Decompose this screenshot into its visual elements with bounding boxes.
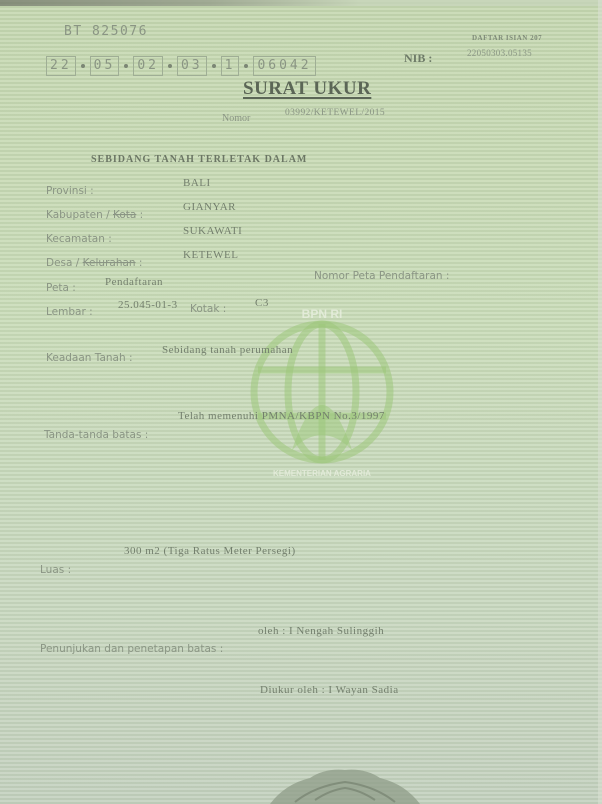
- code-segment: 22: [46, 56, 76, 76]
- luas-value: 300 m2 (Tiga Ratus Meter Persegi): [124, 545, 296, 557]
- code-segment: 03: [177, 56, 207, 76]
- nib-label: NIB :: [404, 51, 432, 66]
- penunjukan-value: oleh : I Nengah Sulinggih: [258, 625, 384, 637]
- nomor-label: Nomor: [222, 113, 250, 124]
- kotak-value: C3: [255, 297, 269, 309]
- separator-dot: [81, 64, 85, 68]
- provinsi-label: Provinsi :: [46, 185, 94, 197]
- kabupaten-label: Kabupaten / Kota :: [46, 209, 143, 221]
- paper-top-edge: [0, 0, 602, 6]
- document-title: SURAT UKUR: [243, 78, 371, 100]
- provinsi-value: BALI: [183, 177, 211, 189]
- nomor-peta-label: Nomor Peta Pendaftaran :: [314, 270, 449, 282]
- paper-right-edge: [598, 0, 602, 804]
- lembar-value: 25.045-01-3: [118, 299, 178, 311]
- separator-dot: [168, 64, 172, 68]
- keadaan-tanah-label: Keadaan Tanah :: [46, 352, 133, 364]
- serial-number: BT 825076: [64, 24, 148, 39]
- nomor-value: 03992/KETEWEL/2015: [285, 108, 385, 118]
- code-segment: 06042: [253, 56, 315, 76]
- peta-label: Peta :: [46, 282, 76, 294]
- kabupaten-value: GIANYAR: [183, 201, 236, 213]
- nib-value: 22050303.05135: [467, 48, 532, 58]
- tanda-batas-value: Telah memenuhi PMNA/KBPN No.3/1997: [178, 410, 385, 422]
- tanda-batas-label: Tanda-tanda batas :: [44, 429, 148, 441]
- luas-label: Luas :: [40, 564, 71, 576]
- svg-text:KEMENTERIAN AGRARIA: KEMENTERIAN AGRARIA: [273, 469, 371, 478]
- separator-dot: [244, 64, 248, 68]
- kotak-label: Kotak :: [190, 303, 226, 315]
- svg-text:BPN RI: BPN RI: [302, 307, 343, 321]
- keadaan-tanah-value: Sebidang tanah perumahan: [162, 344, 293, 356]
- garuda-seal-icon: [265, 764, 425, 804]
- penunjukan-label: Penunjukan dan penetapan batas :: [40, 643, 223, 655]
- separator-dot: [124, 64, 128, 68]
- desa-label: Desa / Kelurahan :: [46, 257, 142, 269]
- separator-dot: [212, 64, 216, 68]
- parcel-code-boxes: 22 05 02 03 1 06042: [46, 56, 316, 76]
- code-segment: 02: [133, 56, 163, 76]
- desa-value: KETEWEL: [183, 249, 238, 261]
- peta-value: Pendaftaran: [105, 276, 163, 288]
- kecamatan-value: SUKAWATI: [183, 225, 242, 237]
- daftar-isian-label: DAFTAR ISIAN 207: [472, 34, 542, 42]
- diukur-oleh: Diukur oleh : I Wayan Sadia: [260, 684, 399, 696]
- bpn-globe-watermark-icon: BPN RI KEMENTERIAN AGRARIA: [232, 300, 412, 480]
- code-segment: 1: [221, 56, 240, 76]
- location-heading: SEBIDANG TANAH TERLETAK DALAM: [91, 154, 307, 165]
- code-segment: 05: [90, 56, 120, 76]
- lembar-label: Lembar :: [46, 306, 93, 318]
- kecamatan-label: Kecamatan :: [46, 233, 112, 245]
